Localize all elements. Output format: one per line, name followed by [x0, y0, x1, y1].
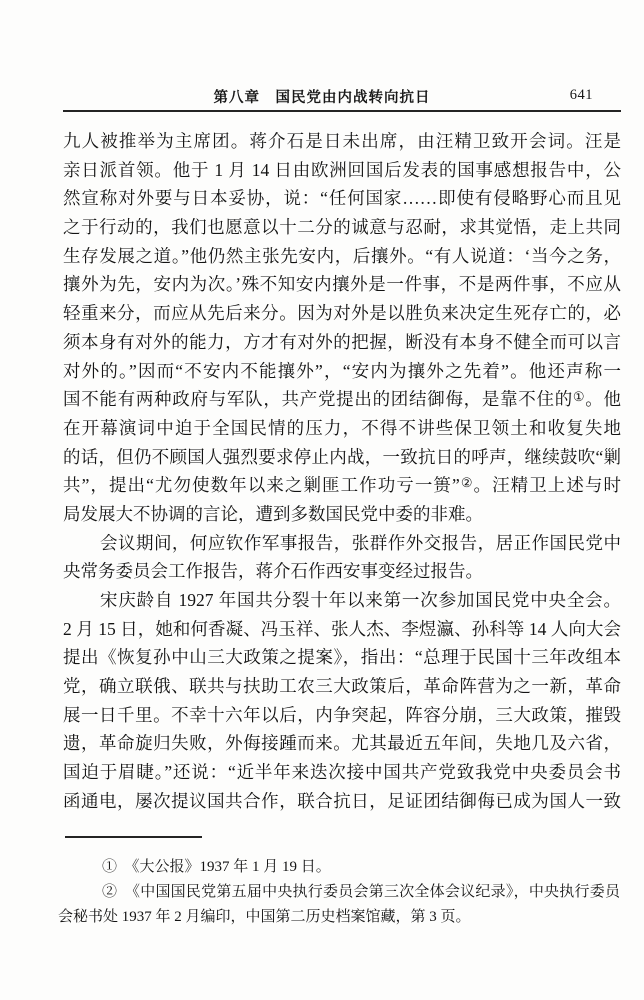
text-line: 在开幕演词中迫于全国民情的压力，不得不讲些保卫领土和收复失地 [63, 414, 621, 443]
header-rule [63, 110, 621, 112]
running-head: 第八章 国民党由内战转向抗日 641 [0, 86, 644, 106]
text-line: 局发展大不协调的言论，遭到多数国民党中委的非难。 [63, 500, 621, 529]
text-segment: 。汪精卫上述与时 [474, 475, 621, 495]
text-line: 生存发展之道。”他仍然主张先安内，后攘外。“有人说道：‘当今之务， [63, 242, 621, 271]
text-line: 对外的。”因而“不安内不能攘外”，“安内为攘外之先着”。他还声称一 [63, 357, 621, 386]
text-line: 九人被推举为主席团。蒋介石是日未出席，由汪精卫致开会词。汪是 [63, 127, 621, 156]
footnote-ref-2: ② [460, 475, 474, 490]
body-text: 九人被推举为主席团。蒋介石是日未出席，由汪精卫致开会词。汪是 亲日派首领。他于 … [63, 127, 621, 816]
text-line: 提出《恢复孙中山三大政策之提案》，指出：“总理于民国十三年改组本 [63, 643, 621, 672]
text-line: 会议期间，何应钦作军事报告，张群作外交报告，居正作国民党中 [63, 529, 621, 558]
text-line: 国不能有两种政府与军队，共产党提出的团结御侮，是靠不住的①。他 [63, 385, 621, 414]
text-line: 宋庆龄自 1927 年国共分裂十年以来第一次参加国民党中央全会。 [63, 586, 621, 615]
text-line: 2 月 15 日，她和何香凝、冯玉祥、张人杰、李煜瀛、孙科等 14 人向大会 [63, 615, 621, 644]
footnote-line: 会秘书处 1937 年 2 月编印，中国第二历史档案馆藏，第 3 页。 [58, 905, 620, 930]
text-line: 之于行动的，我们也愿意以十二分的诚意与忍耐，求其觉悟，走上共同 [63, 213, 621, 242]
text-segment: 共”，提出“尤勿使数年以来之剿匪工作功亏一篑” [63, 475, 460, 495]
text-line: 国迫于眉睫。”还说：“近半年来迭次接中国共产党致我党中央委员会书 [63, 758, 621, 787]
text-line: 亲日派首领。他于 1 月 14 日由欧洲回国后发表的国事感想报告中，公 [63, 156, 621, 185]
text-line: 的话，但仍不顾国人强烈要求停止内战，一致抗日的呼声，继续鼓吹“剿 [63, 443, 621, 472]
text-line: 然宣称对外要与日本妥协，说：“任何国家……即使有侵略野心而且见 [63, 184, 621, 213]
text-line: 党，确立联俄、联共与扶助工农三大政策后，革命阵营为之一新，革命进 [63, 672, 621, 701]
footnotes: ① 《大公报》1937 年 1 月 19 日。 ② 《中国国民党第五届中央执行委… [58, 855, 620, 929]
book-page: 第八章 国民党由内战转向抗日 641 九人被推举为主席团。蒋介石是日未出席，由汪… [0, 0, 644, 1000]
text-line: 遗，革命旋归失败，外侮接踵而来。尤其最近五年间，失地几及六省，亡 [63, 729, 621, 758]
text-line: 轻重来分，而应从先后来分。因为对外是以胜负来决定生死存亡的，必 [63, 299, 621, 328]
text-line: 共”，提出“尤勿使数年以来之剿匪工作功亏一篑”②。汪精卫上述与时 [63, 471, 621, 500]
text-segment: 。他 [585, 389, 621, 409]
footnote-line: ② 《中国国民党第五届中央执行委员会第三次全体会议纪录》，中央执行委员 [58, 880, 620, 905]
text-line: 展一日千里。不幸十六年以后，内争突起，阵容分崩，三大政策，摧毁无 [63, 701, 621, 730]
text-line: 函通电，屡次提议国共合作，联合抗日，足证团结御侮已成为国人一致 [63, 787, 621, 816]
footnote-ref-1: ① [573, 389, 585, 404]
text-segment: 国不能有两种政府与军队，共产党提出的团结御侮，是靠不住的 [63, 389, 573, 409]
page-number: 641 [570, 87, 593, 104]
text-line: 央常务委员会工作报告，蒋介石作西安事变经过报告。 [63, 557, 621, 586]
chapter-heading: 第八章 国民党由内战转向抗日 [0, 86, 644, 107]
text-line: 攘外为先，安内为次。’殊不知安内攘外是一件事，不是两件事，不应从 [63, 270, 621, 299]
footnote-line: ① 《大公报》1937 年 1 月 19 日。 [58, 855, 620, 880]
footnote-separator [65, 836, 202, 838]
text-line: 须本身有对外的能力，方才有对外的把握，断没有本身不健全而可以言 [63, 328, 621, 357]
